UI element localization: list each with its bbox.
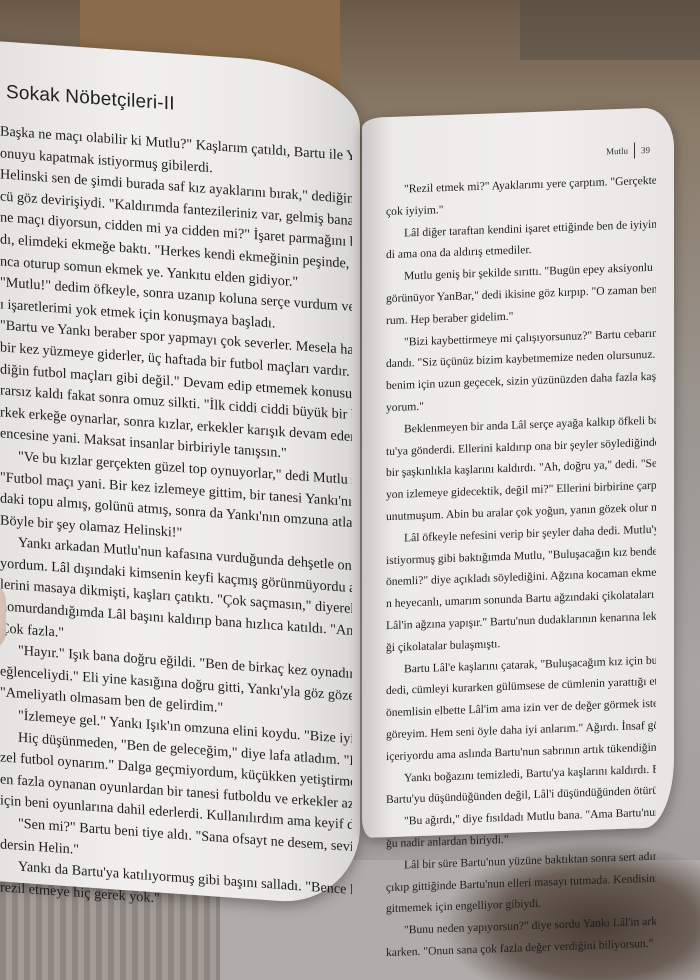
right-page: Mutlu 39 "Rezil etmek mi?" Ayaklarımı ye…: [362, 107, 674, 838]
running-head-chapter: Mutlu: [606, 146, 628, 157]
left-page-text: Başka ne maçı olabilir ki Mutlu?" Kaşlar…: [0, 121, 352, 923]
left-page: Sokak Nöbetçileri-II Başka ne maçı olabi…: [0, 40, 360, 907]
page-number: 39: [641, 145, 650, 155]
right-page-text: "Rezil etmek mi?" Ayaklarımı yere çarptı…: [386, 170, 656, 964]
folio-divider: [634, 142, 635, 158]
background-shadow: [520, 0, 700, 60]
folio: Mutlu 39: [606, 142, 650, 160]
running-head-book-title: Sokak Nöbetçileri-II: [6, 82, 175, 116]
